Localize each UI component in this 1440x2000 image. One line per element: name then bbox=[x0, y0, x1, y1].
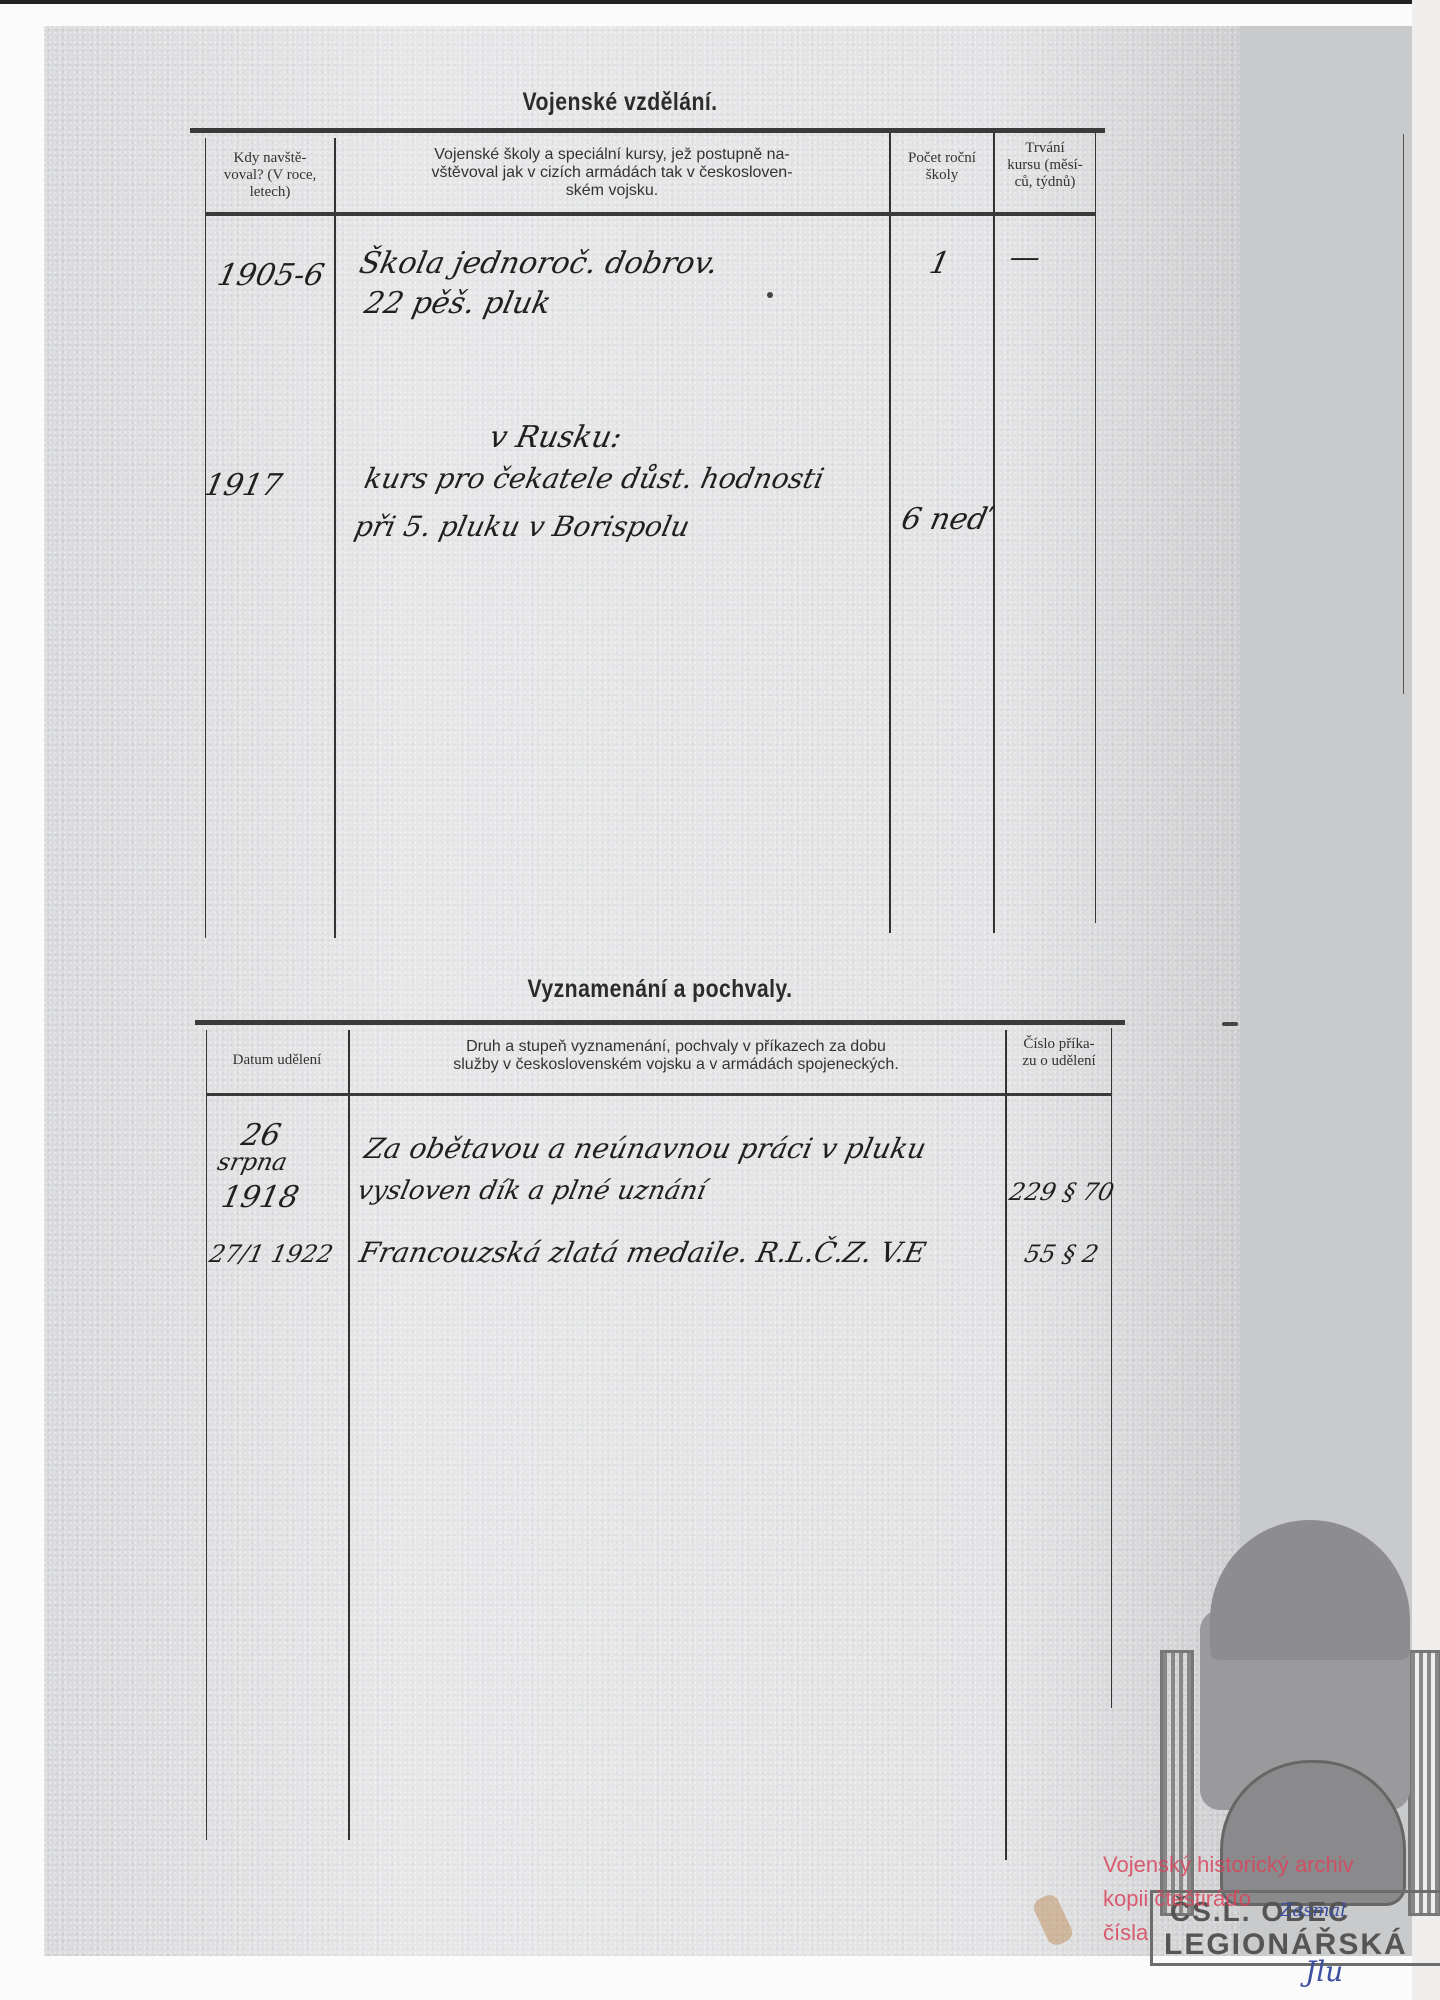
initials: Jlu bbox=[1305, 1955, 1343, 1988]
table-top-rule bbox=[190, 128, 1105, 133]
archive-stamp-line1: Vojenský historický archiv bbox=[1103, 1848, 1354, 1882]
decoration-text-line1: Za obětavou a neúnavnou práci v pluku bbox=[361, 1132, 929, 1165]
header-bottom-rule bbox=[206, 1093, 1111, 1096]
entry-heading-russia: v Rusku: bbox=[486, 420, 625, 455]
column-header-date: Datum udělení bbox=[207, 1052, 347, 1069]
column-header-order-number: Číslo příka- zu o udělení bbox=[1007, 1036, 1111, 1070]
col-line bbox=[993, 133, 995, 933]
entry-school-line2: při 5. pluku v Borispolu bbox=[351, 510, 692, 543]
col-line bbox=[206, 1030, 207, 1840]
header-line: Trvání bbox=[995, 140, 1095, 157]
col-line bbox=[1111, 1028, 1112, 1708]
header-line: zu o udělení bbox=[1007, 1053, 1111, 1070]
archive-stamp-line3: čísla bbox=[1103, 1916, 1354, 1950]
header-line: ců, týdnů) bbox=[995, 174, 1095, 191]
entry-school-line2: 22 pěš. pluk bbox=[361, 286, 554, 321]
decoration-order-number: 55 § 2 bbox=[1022, 1240, 1101, 1268]
section-title-military-education: Vojenské vzdělání. bbox=[450, 88, 790, 117]
column-header-when: Kdy navště- voval? (V roce, letech) bbox=[206, 150, 334, 201]
col-line bbox=[889, 133, 891, 933]
header-line: ském vojsku. bbox=[336, 182, 888, 200]
decoration-date-month: srpna bbox=[215, 1148, 290, 1176]
header-line: kursu (měsí- bbox=[995, 157, 1095, 174]
header-line: Kdy navště- bbox=[206, 150, 334, 167]
soldier-helmet-icon bbox=[1210, 1520, 1410, 1660]
column-header-duration: Trvání kursu (měsí- ců, týdnů) bbox=[995, 140, 1095, 191]
decoration-date: 27/1 1922 bbox=[207, 1240, 336, 1268]
entry-when: 1917 bbox=[201, 468, 285, 503]
col-line bbox=[334, 138, 336, 938]
entry-school-line1: Škola jednoroč. dobrov. bbox=[356, 246, 721, 281]
column-header-schools: Vojenské školy a speciální kursy, jež po… bbox=[336, 146, 888, 200]
header-line: Číslo příka- bbox=[1007, 1036, 1111, 1053]
header-line: Datum udělení bbox=[207, 1052, 347, 1069]
column-header-years: Počet roční školy bbox=[891, 150, 993, 184]
header-line: letech) bbox=[206, 184, 334, 201]
col-line bbox=[348, 1030, 350, 1840]
header-line: vštěvoval jak v cizích armádách tak v če… bbox=[336, 164, 888, 182]
decoration-text-line2: vysloven dík a plné uznání bbox=[355, 1176, 709, 1206]
decoration-order-number: 229 § 70 bbox=[1007, 1178, 1117, 1206]
header-line: Druh a stupeň vyznamenání, pochvaly v př… bbox=[350, 1038, 1002, 1056]
header-line: Počet roční bbox=[891, 150, 993, 167]
adjacent-page-line bbox=[1403, 134, 1404, 694]
decoration-text-line1: Francouzská zlatá medaile. R.L.Č.Z. V.E bbox=[356, 1236, 928, 1269]
archive-stamp: Vojenský historický archiv kopii čteštir… bbox=[1103, 1848, 1354, 1950]
col-line bbox=[1005, 1030, 1007, 1860]
staple-mark bbox=[1222, 1022, 1238, 1026]
header-line: Vojenské školy a speciální kursy, jež po… bbox=[336, 146, 888, 164]
header-bottom-rule bbox=[205, 212, 1095, 216]
col-line bbox=[1095, 133, 1096, 923]
header-line: školy bbox=[891, 167, 993, 184]
scan-top-border bbox=[0, 0, 1440, 4]
table-top-rule bbox=[195, 1020, 1125, 1025]
column-header-decoration-type: Druh a stupeň vyznamenání, pochvaly v př… bbox=[350, 1038, 1002, 1074]
col-line bbox=[205, 138, 206, 938]
signature: Zasmal bbox=[1280, 1900, 1346, 1921]
stamp-pillar-right bbox=[1408, 1650, 1440, 1916]
header-line: služby v československém vojsku a v armá… bbox=[350, 1056, 1002, 1074]
entry-years: 6 neď bbox=[898, 502, 990, 537]
decoration-date-year: 1918 bbox=[218, 1180, 302, 1215]
section-title-decorations: Vyznamenání a pochvaly. bbox=[482, 975, 839, 1004]
scan-speck bbox=[767, 292, 773, 298]
entry-when: 1905-6 bbox=[214, 258, 327, 293]
entry-school-line1: kurs pro čekatele důst. hodnosti bbox=[361, 462, 827, 495]
header-line: voval? (V roce, bbox=[206, 167, 334, 184]
